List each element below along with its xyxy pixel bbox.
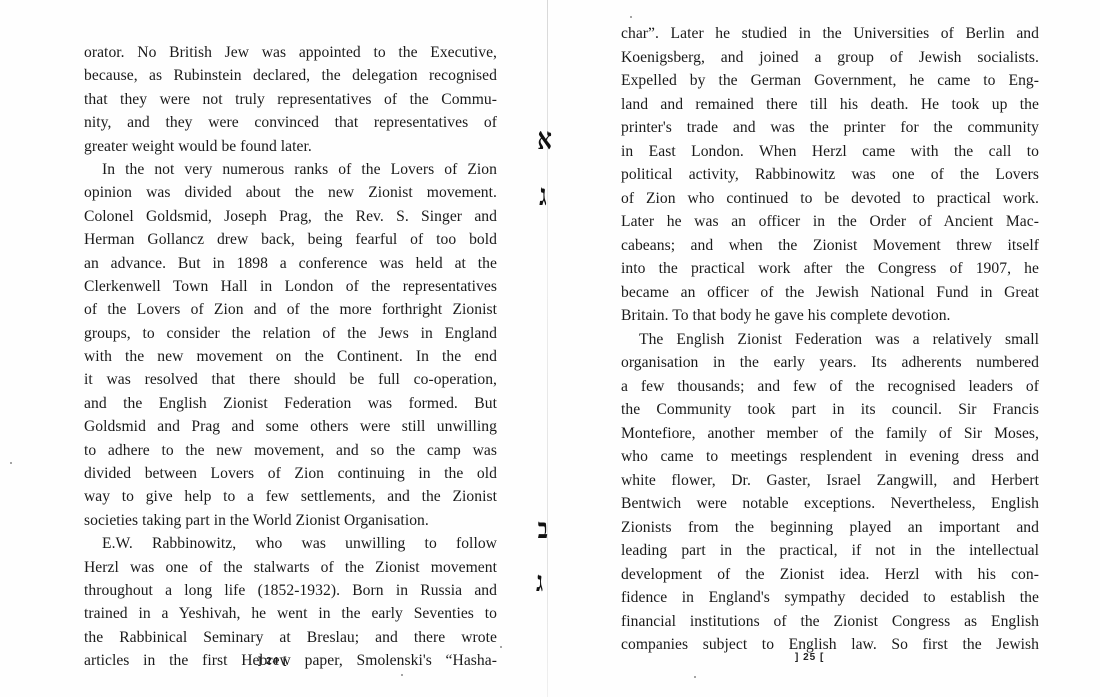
scan-speck [401,674,403,676]
paragraph-end-line: societies taking part in the World Zioni… [84,509,497,532]
text-line: the Community took part in its council. … [621,398,1039,422]
text-line: in East London. When Herzl came with the… [621,140,1039,164]
right-page: char”. Later he studied in the Universit… [549,0,1100,697]
paragraph-end-line: Britain. To that body he gave his comple… [621,304,1039,328]
gutter-hebrew-mark-icon: ג [539,178,546,213]
paragraph-end-line: greater weight would be found later. [84,135,497,158]
text-line: it was resolved that there should be ful… [84,368,497,391]
text-line: Clerkenwell Town Hall in London of the r… [84,275,497,298]
text-line: trained in a Yeshivah, he went in the ea… [84,602,497,625]
scan-speck [630,16,632,18]
text-line: leading part in the practical, if not in… [621,539,1039,563]
text-line: became an officer of the Jewish National… [621,281,1039,305]
text-line: that they were not truly representatives… [84,88,497,111]
left-page-body: orator. No British Jew was appointed to … [84,41,497,673]
page-number-25: ] 25 [ [795,652,824,663]
text-line: Montefiore, another member of the family… [621,422,1039,446]
book-spread: orator. No British Jew was appointed to … [0,0,1100,697]
text-line: organisation in the early years. Its adh… [621,351,1039,375]
text-line: land and remained there till his death. … [621,93,1039,117]
text-line: of Zion who continued to be devoted to p… [621,187,1039,211]
paragraph-start-line: The English Zionist Federation was a rel… [621,328,1039,352]
text-line: political activity, Rabbinowitz was one … [621,163,1039,187]
paragraph-start-line: In the not very numerous ranks of the Lo… [84,158,497,181]
text-line: financial institutions of the Zionist Co… [621,610,1039,634]
gutter-hebrew-mark-icon: ב [538,512,548,546]
scan-speck [694,676,696,678]
text-line: into the practical work after the Congre… [621,257,1039,281]
text-line: to adhere to the new movement, and so th… [84,439,497,462]
left-page: orator. No British Jew was appointed to … [0,0,548,697]
text-line: white flower, Dr. Gaster, Israel Zangwil… [621,469,1039,493]
scan-speck [500,646,502,648]
paragraph-start-line: E.W. Rabbinowitz, who was unwilling to f… [84,532,497,555]
text-line: Goldsmid and Prag and some others were s… [84,415,497,438]
text-line: Zionists from the beginning played an im… [621,516,1039,540]
text-line: throughout a long life (1852-1932). Born… [84,579,497,602]
text-line: printer's trade and was the printer for … [621,116,1039,140]
text-line: Koenigsberg, and joined a group of Jewis… [621,46,1039,70]
scan-speck [10,462,12,464]
text-line: fidence in England's sympathy decided to… [621,586,1039,610]
right-page-body: char”. Later he studied in the Universit… [621,22,1039,657]
text-line: char”. Later he studied in the Universit… [621,22,1039,46]
page-number-24: ] 24 [ [258,656,287,667]
text-line: Colonel Goldsmid, Joseph Prag, the Rev. … [84,205,497,228]
text-line: way to give help to a few settlements, a… [84,485,497,508]
text-line: opinion was divided about the new Zionis… [84,181,497,204]
text-line: a few thousands; and few of the recognis… [621,375,1039,399]
text-line: cabeans; and when the Zionist Movement t… [621,234,1039,258]
text-line: an advance. But in 1898 a conference was… [84,252,497,275]
text-line: Expelled by the German Government, he ca… [621,69,1039,93]
text-line: Later he was an officer in the Order of … [621,210,1039,234]
text-line: with the new movement on the Continent. … [84,345,497,368]
text-line: nity, and they were convinced that repre… [84,111,497,134]
text-line: orator. No British Jew was appointed to … [84,41,497,64]
text-line: who came to meetings resplendent in even… [621,445,1039,469]
text-line: Herman Gollancz drew back, being fearful… [84,228,497,251]
text-line: because, as Rubinstein declared, the del… [84,64,497,87]
gutter-hebrew-mark-icon: ג [536,565,543,599]
text-line: Bentwich were notable exceptions. Nevert… [621,492,1039,516]
text-line: of the Lovers of Zion and of the more fo… [84,298,497,321]
text-line: groups, to consider the relation of the … [84,322,497,345]
text-line: Herzl was one of the stalwarts of the Zi… [84,556,497,579]
text-line: divided between Lovers of Zion continuin… [84,462,497,485]
text-line: companies subject to English law. So fir… [621,633,1039,657]
text-line: development of the Zionist idea. Herzl w… [621,563,1039,587]
text-line: articles in the first Hebrew paper, Smol… [84,649,497,672]
text-line: the Rabbinical Seminary at Breslau; and … [84,626,497,649]
text-line: and the English Zionist Federation was f… [84,392,497,415]
